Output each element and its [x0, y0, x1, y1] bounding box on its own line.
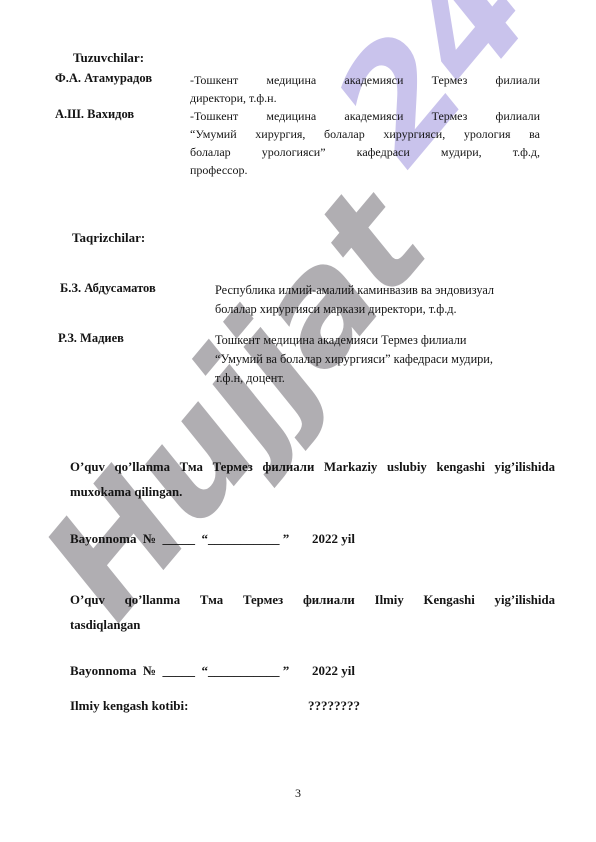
reviewer-description: Тошкент медицина академияси Термез филиа…	[215, 331, 540, 388]
description-line: -Тошкент медицина академияси Термез фили…	[190, 71, 540, 89]
description-line: болалар хирургияси маркази директори, т.…	[215, 300, 540, 319]
approved-paragraph: O’quv qo’llanma Тма Термез филиали Ilmiy…	[70, 588, 555, 638]
contributor-name: А.Ш. Вахидов	[55, 107, 134, 122]
contributor-description: -Тошкент медицина академияси Термез фили…	[190, 71, 540, 107]
reviewer-description: Республика илмий-амалий каминвазив ва эн…	[215, 281, 540, 319]
contributor-description: -Тошкент медицина академияси Термез фили…	[190, 107, 540, 179]
document-page: Hujjat24 Tuzuvchilar: Ф.А. Атамурадов -Т…	[0, 0, 596, 842]
description-line: болалар урологияси” кафедраси мудири, т.…	[190, 143, 540, 161]
secretary-line: Ilmiy kengash kotibi: ????????	[70, 698, 550, 714]
paragraph-line: tasdiqlangan	[70, 613, 555, 638]
protocol-line: Bayonnoma № _____ “___________ ” 2022 yi…	[70, 531, 355, 547]
description-line: директори, т.ф.н.	[190, 89, 540, 107]
description-line: “Умумий ва болалар хирургияси” кафедраси…	[215, 350, 540, 369]
discussed-paragraph: O’quv qo’llanma Тма Термез филиали Marka…	[70, 455, 555, 505]
page-number: 3	[0, 786, 596, 801]
contributor-name: Ф.А. Атамурадов	[55, 71, 152, 86]
reviewer-name: Р.З. Мадиев	[58, 331, 124, 346]
reviewer-name: Б.З. Абдусаматов	[60, 281, 156, 296]
contributors-heading: Tuzuvchilar:	[73, 50, 144, 66]
protocol-line: Bayonnoma № _____ “___________ ” 2022 yi…	[70, 663, 355, 679]
description-line: Республика илмий-амалий каминвазив ва эн…	[215, 281, 540, 300]
secretary-label: Ilmiy kengash kotibi:	[70, 698, 188, 713]
reviewers-heading: Taqrizchilar:	[72, 230, 145, 246]
paragraph-line: muxokama qilingan.	[70, 480, 555, 505]
description-line: -Тошкент медицина академияси Термез фили…	[190, 107, 540, 125]
description-line: т.ф.н, доцент.	[215, 369, 540, 388]
description-line: профессор.	[190, 161, 540, 179]
secretary-value: ????????	[308, 698, 360, 714]
paragraph-line: O’quv qo’llanma Тма Термез филиали Ilmiy…	[70, 588, 555, 613]
description-line: “Умумий хирургия, болалар хирургияси, ур…	[190, 125, 540, 143]
description-line: Тошкент медицина академияси Термез филиа…	[215, 331, 540, 350]
paragraph-line: O’quv qo’llanma Тма Термез филиали Marka…	[70, 455, 555, 480]
